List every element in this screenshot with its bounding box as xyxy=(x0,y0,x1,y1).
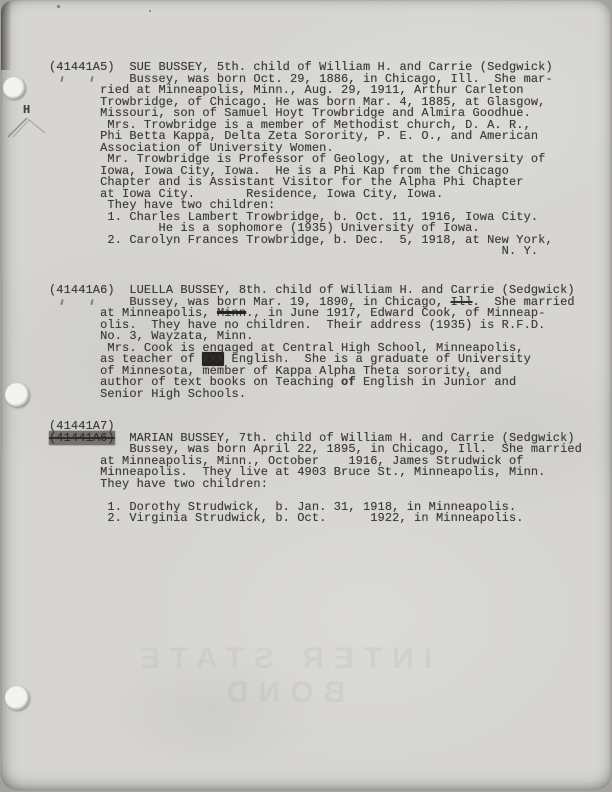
bold-text: of xyxy=(341,375,356,389)
punch-hole xyxy=(5,686,29,710)
genealogy-entry: (41441A6) LUELLA BUSSEY, 8th. child of W… xyxy=(49,285,609,400)
genealogy-entry: (41441A5) SUE BUSSEY, 5th. child of Will… xyxy=(49,62,609,258)
pencil-caret-mark xyxy=(5,112,51,140)
entry-line: N. Y. xyxy=(49,246,609,258)
genealogy-entry: (41441A7)(41441A6) MARIAN BUSSEY, 7th. c… xyxy=(49,421,609,525)
paper-speck xyxy=(149,10,151,12)
entry-line: They have two children: xyxy=(49,479,609,491)
mirrored-watermark: INTER STATE BOND xyxy=(71,642,491,710)
punch-hole xyxy=(5,383,29,407)
scan-edge-shadow xyxy=(1,0,13,70)
paper-speck xyxy=(57,5,60,8)
scanned-page: H INTER STATE BOND (41441A5) SUE BUSSEY,… xyxy=(1,0,611,790)
entry-line: Senior High Schools. xyxy=(49,389,609,401)
entry-line: 2. Virginia Strudwick, b. Oct. 1922, in … xyxy=(49,513,609,525)
punch-hole xyxy=(3,77,25,99)
